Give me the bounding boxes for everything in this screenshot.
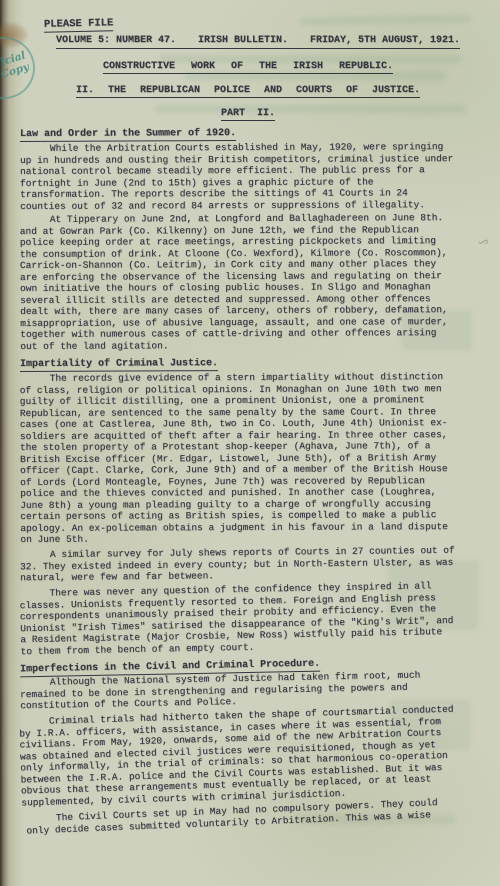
paragraph: A similar survey for July shews reports … (20, 544, 458, 583)
section-heading-impartiality: Impartiality of Criminal Justice. (20, 357, 476, 370)
masthead: VOLUME 5: NUMBER 47. IRISH BULLETIN. FRI… (56, 35, 460, 49)
paragraph: Criminal trials had hitherto taken the s… (19, 704, 460, 809)
paragraph: While the Arbitration Courts established… (20, 141, 458, 212)
section-heading-law-and-order: Law and Order in the Summer of 1920. (20, 127, 476, 140)
please-file-note: PLEASE FILE (44, 17, 114, 33)
paragraph: At Tipperary on June 2nd, at Longford an… (20, 212, 459, 352)
paragraph: There was never any question of the conf… (19, 579, 458, 656)
masthead-title: IRISH BULLETIN. (198, 35, 288, 46)
document-title: CONSTRUCTIVE WORK OF THE IRISH REPUBLIC. (20, 61, 476, 74)
document-page: Official Copy ʃᵗ PLEASE FILE VOLUME 5: N… (0, 0, 500, 886)
masthead-volume: VOLUME 5: NUMBER 47. (56, 35, 176, 46)
document-part-number: PART II. (20, 108, 476, 121)
document-subtitle: II. THE REPUBLICAN POLICE AND COURTS OF … (20, 85, 476, 98)
masthead-date: FRIDAY, 5TH AUGUST, 1921. (310, 35, 460, 46)
paragraph: The records give evidence of a stern imp… (20, 371, 459, 545)
